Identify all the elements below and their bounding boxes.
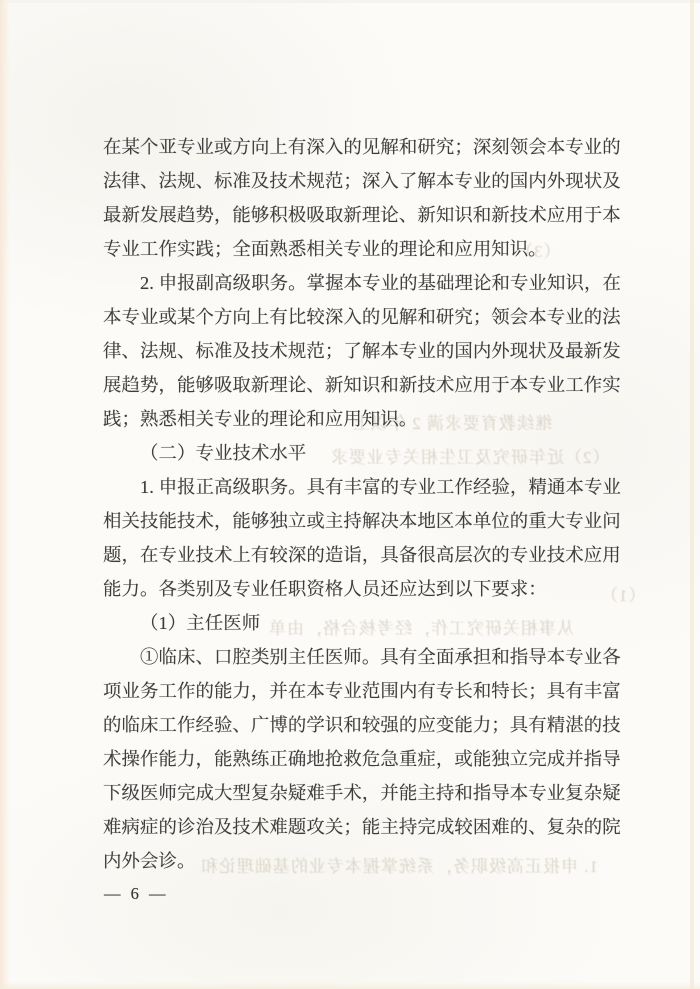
text-line: 在某个亚专业或方向上有深入的见解和研究；深刻领会本专业的 [103, 130, 627, 164]
text-line: 法律、法规、标准及技术规范；深入了解本专业的国内外现状及 [103, 164, 627, 198]
text-line: 难病症的诊治及技术难题攻关；能主持完成较困难的、复杂的院 [103, 810, 627, 844]
text-line: 下级医师完成大型复杂疑难手术，并能主持和指导本专业复杂疑 [103, 776, 627, 810]
text-line: 律、法规、标准及技术规范；了解本专业的国内外现状及最新发 [103, 334, 627, 368]
page-edge-top [0, 0, 700, 3]
text-line: 2. 申报副高级职务。掌握本专业的基础理论和专业知识，在 [103, 266, 627, 300]
document-text: 在某个亚专业或方向上有深入的见解和研究；深刻领会本专业的法律、法规、标准及技术规… [103, 130, 627, 878]
text-line: 展趋势，能够吸取新理论、新知识和新技术应用于本专业工作实 [103, 368, 627, 402]
text-line: 能力。各类别及专业任职资格人员还应达到以下要求： [103, 572, 627, 606]
text-line: 的临床工作经验、广博的学识和较强的应变能力；具有精湛的技 [103, 708, 627, 742]
text-line: 术操作能力，能熟练正确地抢救危急重症，或能独立完成并指导 [103, 742, 627, 776]
text-line: （1）主任医师 [103, 606, 627, 640]
text-line: 内外会诊。 [103, 844, 627, 878]
text-line: ①临床、口腔类别主任医师。具有全面承担和指导本专业各 [103, 640, 627, 674]
text-line: 1. 申报正高级职务。具有丰富的专业工作经验，精通本专业 [103, 470, 627, 504]
text-line: 践；熟悉相关专业的理论和应用知识。 [103, 402, 627, 436]
text-line: 专业工作实践；全面熟悉相关专业的理论和应用知识。 [103, 232, 627, 266]
page-number: — 6 — [104, 884, 169, 904]
page-edge-bottom [0, 982, 700, 989]
text-line: 最新发展趋势，能够积极吸取新理论、新知识和新技术应用于本 [103, 198, 627, 232]
page-edge-left [0, 0, 10, 989]
text-line: 题，在专业技术上有较深的造诣，具备很高层次的专业技术应用 [103, 538, 627, 572]
text-line: 项业务工作的能力，并在本专业范围内有专长和特长；具有丰富 [103, 674, 627, 708]
text-line: 本专业或某个方向上有比较深入的见解和研究；领会本专业的法 [103, 300, 627, 334]
page-edge-right [690, 0, 694, 989]
text-line: （二）专业技术水平 [103, 436, 627, 470]
text-line: 相关技能技术，能够独立或主持解决本地区本单位的重大专业问 [103, 504, 627, 538]
